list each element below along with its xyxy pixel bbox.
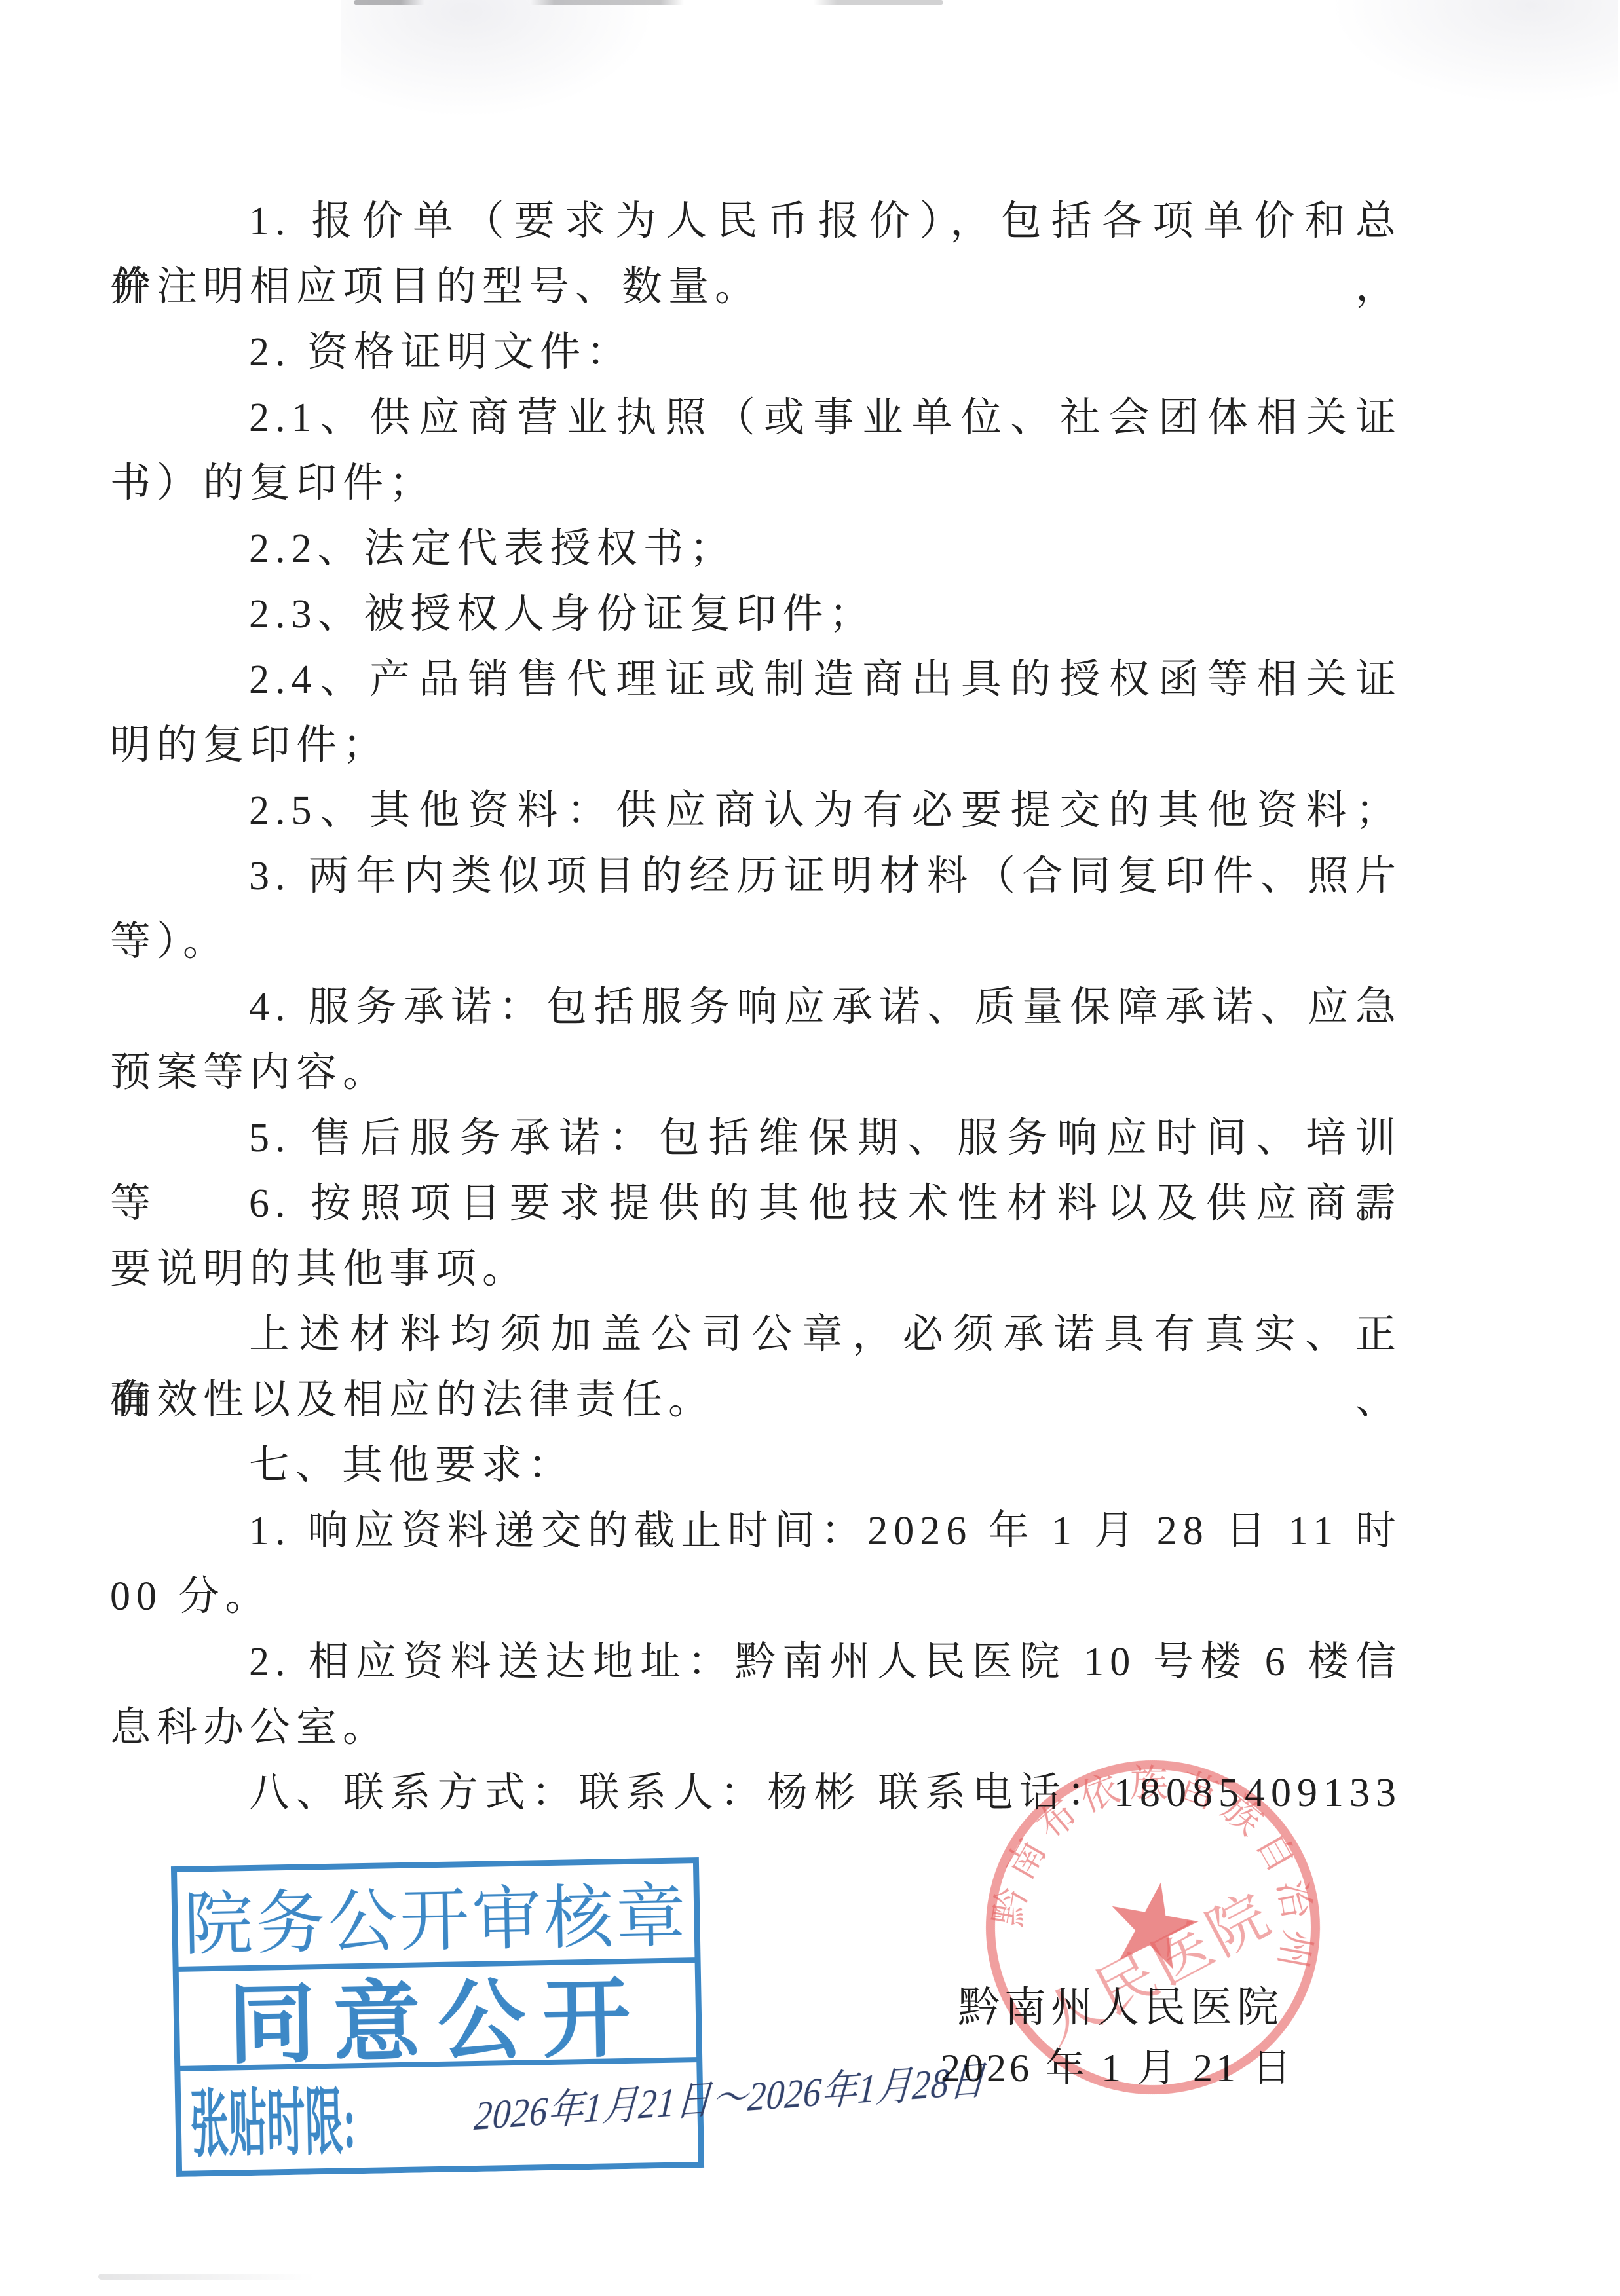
body-line: 2.4、产品销售代理证或制造商出具的授权函等相关证 [110,647,1402,713]
body-line: 预案等内容。 [110,1040,1402,1105]
body-line: 书）的复印件； [110,451,1402,516]
body-line: 6. 按照项目要求提供的其他技术性材料以及供应商需 [110,1171,1402,1236]
body-line: 七、其他要求： [110,1433,1402,1498]
approval-stamp-period-label: 张贴时限: [189,2063,356,2171]
body-line: 1. 报价单（要求为人民币报价），包括各项单价和总价， [110,189,1402,254]
body-line: 明的复印件； [110,713,1402,778]
approval-stamp-decision: 同意公开 [179,1963,697,2071]
official-seal: ★ 黔南布依族苗族自治州 人民医院 [918,1692,1388,2162]
body-line: 2.5、其他资料：供应商认为有必要提交的其他资料； [110,778,1402,843]
approval-stamp: 院务公开审核章 同意公开 张贴时限: 2026年1月21日～2026年1月28日 [171,1857,704,2177]
body-line: 2.2、法定代表授权书； [110,516,1402,582]
scan-smudge-top-right [1330,0,1618,105]
approval-stamp-period-row: 张贴时限: 2026年1月21日～2026年1月28日 [180,2062,698,2166]
body-line: 2.3、被授权人身份证复印件； [110,582,1402,647]
scan-streak-bottom [98,2274,314,2280]
scan-smudge-top-left [341,0,655,118]
body-line: 上述材料均须加盖公司公章，必须承诺具有真实、正确、 [110,1302,1402,1367]
body-line: 1. 响应资料递交的截止时间：2026 年 1 月 28 日 11 时 [110,1498,1402,1564]
body-line: 2. 相应资料送达地址：黔南州人民医院 10 号楼 6 楼信 [110,1629,1402,1695]
body-line: 2.1、供应商营业执照（或事业单位、社会团体相关证 [110,385,1402,451]
body-line: 要说明的其他事项。 [110,1236,1402,1302]
scanned-document-page: 1. 报价单（要求为人民币报价），包括各项单价和总价，并注明相应项目的型号、数量… [0,0,1620,2296]
body-line: 00 分。 [110,1564,1402,1629]
document-body: 1. 报价单（要求为人民币报价），包括各项单价和总价，并注明相应项目的型号、数量… [110,189,1402,1826]
body-line: 2. 资格证明文件： [110,320,1402,385]
body-line: 5. 售后服务承诺：包括维保期、服务响应时间、培训等。 [110,1105,1402,1171]
body-line: 4. 服务承诺：包括服务响应承诺、质量保障承诺、应急 [110,974,1402,1040]
body-line: 等）。 [110,909,1402,974]
body-line: 3. 两年内类似项目的经历证明材料（合同复印件、照片 [110,843,1402,909]
scan-edge-mark [354,0,943,5]
